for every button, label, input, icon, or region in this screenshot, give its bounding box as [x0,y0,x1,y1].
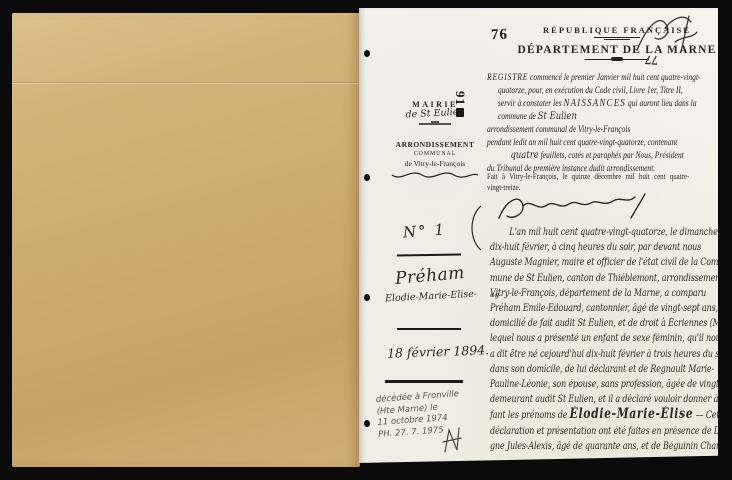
binding-hole [364,174,370,181]
naissances-word: NAISSANCES [563,98,626,109]
act-line: Auguste Magnier, maire et officier de l'… [490,255,676,270]
stamp-squiggle-ornament [390,170,480,180]
act-date: 18 février 1894. [387,342,490,361]
act-line: Pauline-Léonie, son épouse, sans profess… [490,377,676,392]
binding-hole [364,50,370,57]
child-names: Élodie-Marie-Élise [570,406,694,422]
page-header: RÉPUBLIQUE FRANÇAISE DÉPARTEMENT DE LA M… [511,25,723,60]
departement-title: DÉPARTEMENT DE LA MARNE [511,44,723,56]
birth-act-text: L'an mil huit cent quatre-vingt-quatorze… [490,225,722,454]
act-line: gne Jules-Alexis, âgé de quarante ans, e… [490,439,676,454]
child-given-names: Elodie-Marie-Elise- [385,289,478,305]
act-line: déclaration et présentation ont été fait… [490,424,676,439]
registre-line: quatorze, pour, en exécution du Code civ… [487,84,682,97]
commune-handwritten: St Eulien [538,111,577,122]
registre-declaration: REGISTRE commencé le premier Janvier mil… [487,71,719,175]
registre-line: commune de [498,111,538,121]
margin-rule [397,253,461,256]
left-blank-page [12,13,360,467]
mairie-stamp: MAIRIE de St Eulien [381,100,489,127]
feuillets-count-handwritten: quatre [511,150,539,161]
act-line: demeurant audit St Eulien, et il a décla… [490,392,676,407]
inverted-folio-stamp: 77 [644,52,658,69]
act-number: N° 1 [402,221,446,242]
republique-title: RÉPUBLIQUE FRANÇAISE [511,25,723,35]
certification-note: Fait à Vitry-le-François, le quinze déce… [487,171,719,193]
act-line: dans son domicile, de lui déclarant et d… [490,362,676,377]
act-line: L'an mil huit cent quatre-vingt-quatorze… [490,225,676,240]
registre-word: REGISTRE [487,72,528,82]
act-name-line: fant les prénoms de Élodie-Marie-Élise —… [490,407,676,423]
header-rule [594,37,640,38]
margin-rule [397,328,461,330]
arrondissement-line: COMMUNAL [381,151,489,157]
act-line: fant les prénoms de [490,410,570,421]
binding-hole [364,294,370,301]
stamp-rule-ornament [418,121,452,127]
header-rule [604,39,630,40]
registre-line: commencé le premier Janvier mil huit cen… [528,72,700,82]
act-line: — Cette [693,410,727,421]
registre-line: servir à constater les [498,98,564,108]
arrondissement-line: de Vitry-le-François [381,159,489,168]
interlinear-insertion: ag [490,290,499,299]
binding-hole [364,420,370,427]
margin-brace [467,204,483,252]
paper-crease [12,82,360,83]
registre-line: pendant ledit an mil huit cent quatre-vi… [487,136,682,149]
arrondissement-line: ARRONDISSEMENT [381,140,489,149]
scanned-register-spread: 76 RÉPUBLIQUE FRANÇAISE DÉPARTEMENT DE L… [0,0,732,480]
margin-rule-thick [385,380,463,383]
registre-line: feuillets, cotés et paraphés par Nous, P… [539,150,684,160]
act-line: Vitry-le-François, département de la Mar… [490,286,676,301]
act-line: dix-huit février, à cinq heures du soir,… [490,240,676,255]
act-line: Préham Emile-Edouard, cantonnier, âgé de… [490,301,676,316]
certification-line: Fait à Vitry-le-François, le quinze déce… [487,171,687,182]
registre-line: arrondissement communal de Vitry-le-Fran… [487,123,682,136]
act-line: mune de St Eulien, canton de Thiéblemont… [490,271,676,286]
registre-line: qui auront lieu dans la [626,98,696,108]
arrondissement-stamp: ARRONDISSEMENT COMMUNAL de Vitry-le-Fran… [381,140,489,180]
death-note-monogram [441,426,463,456]
act-line: lequel nous a présenté un enfant de sexe… [490,331,676,346]
child-surname: Préham [394,263,465,289]
folio-number-stamp: 76 [491,27,509,45]
ornamental-rule [585,59,649,60]
register-title-page: 76 RÉPUBLIQUE FRANÇAISE DÉPARTEMENT DE L… [359,8,718,463]
act-line: a dit être né cejourd'hui dix-huit févri… [490,347,676,362]
act-line: domicilié de fait audit St Eulien, et de… [490,316,676,331]
